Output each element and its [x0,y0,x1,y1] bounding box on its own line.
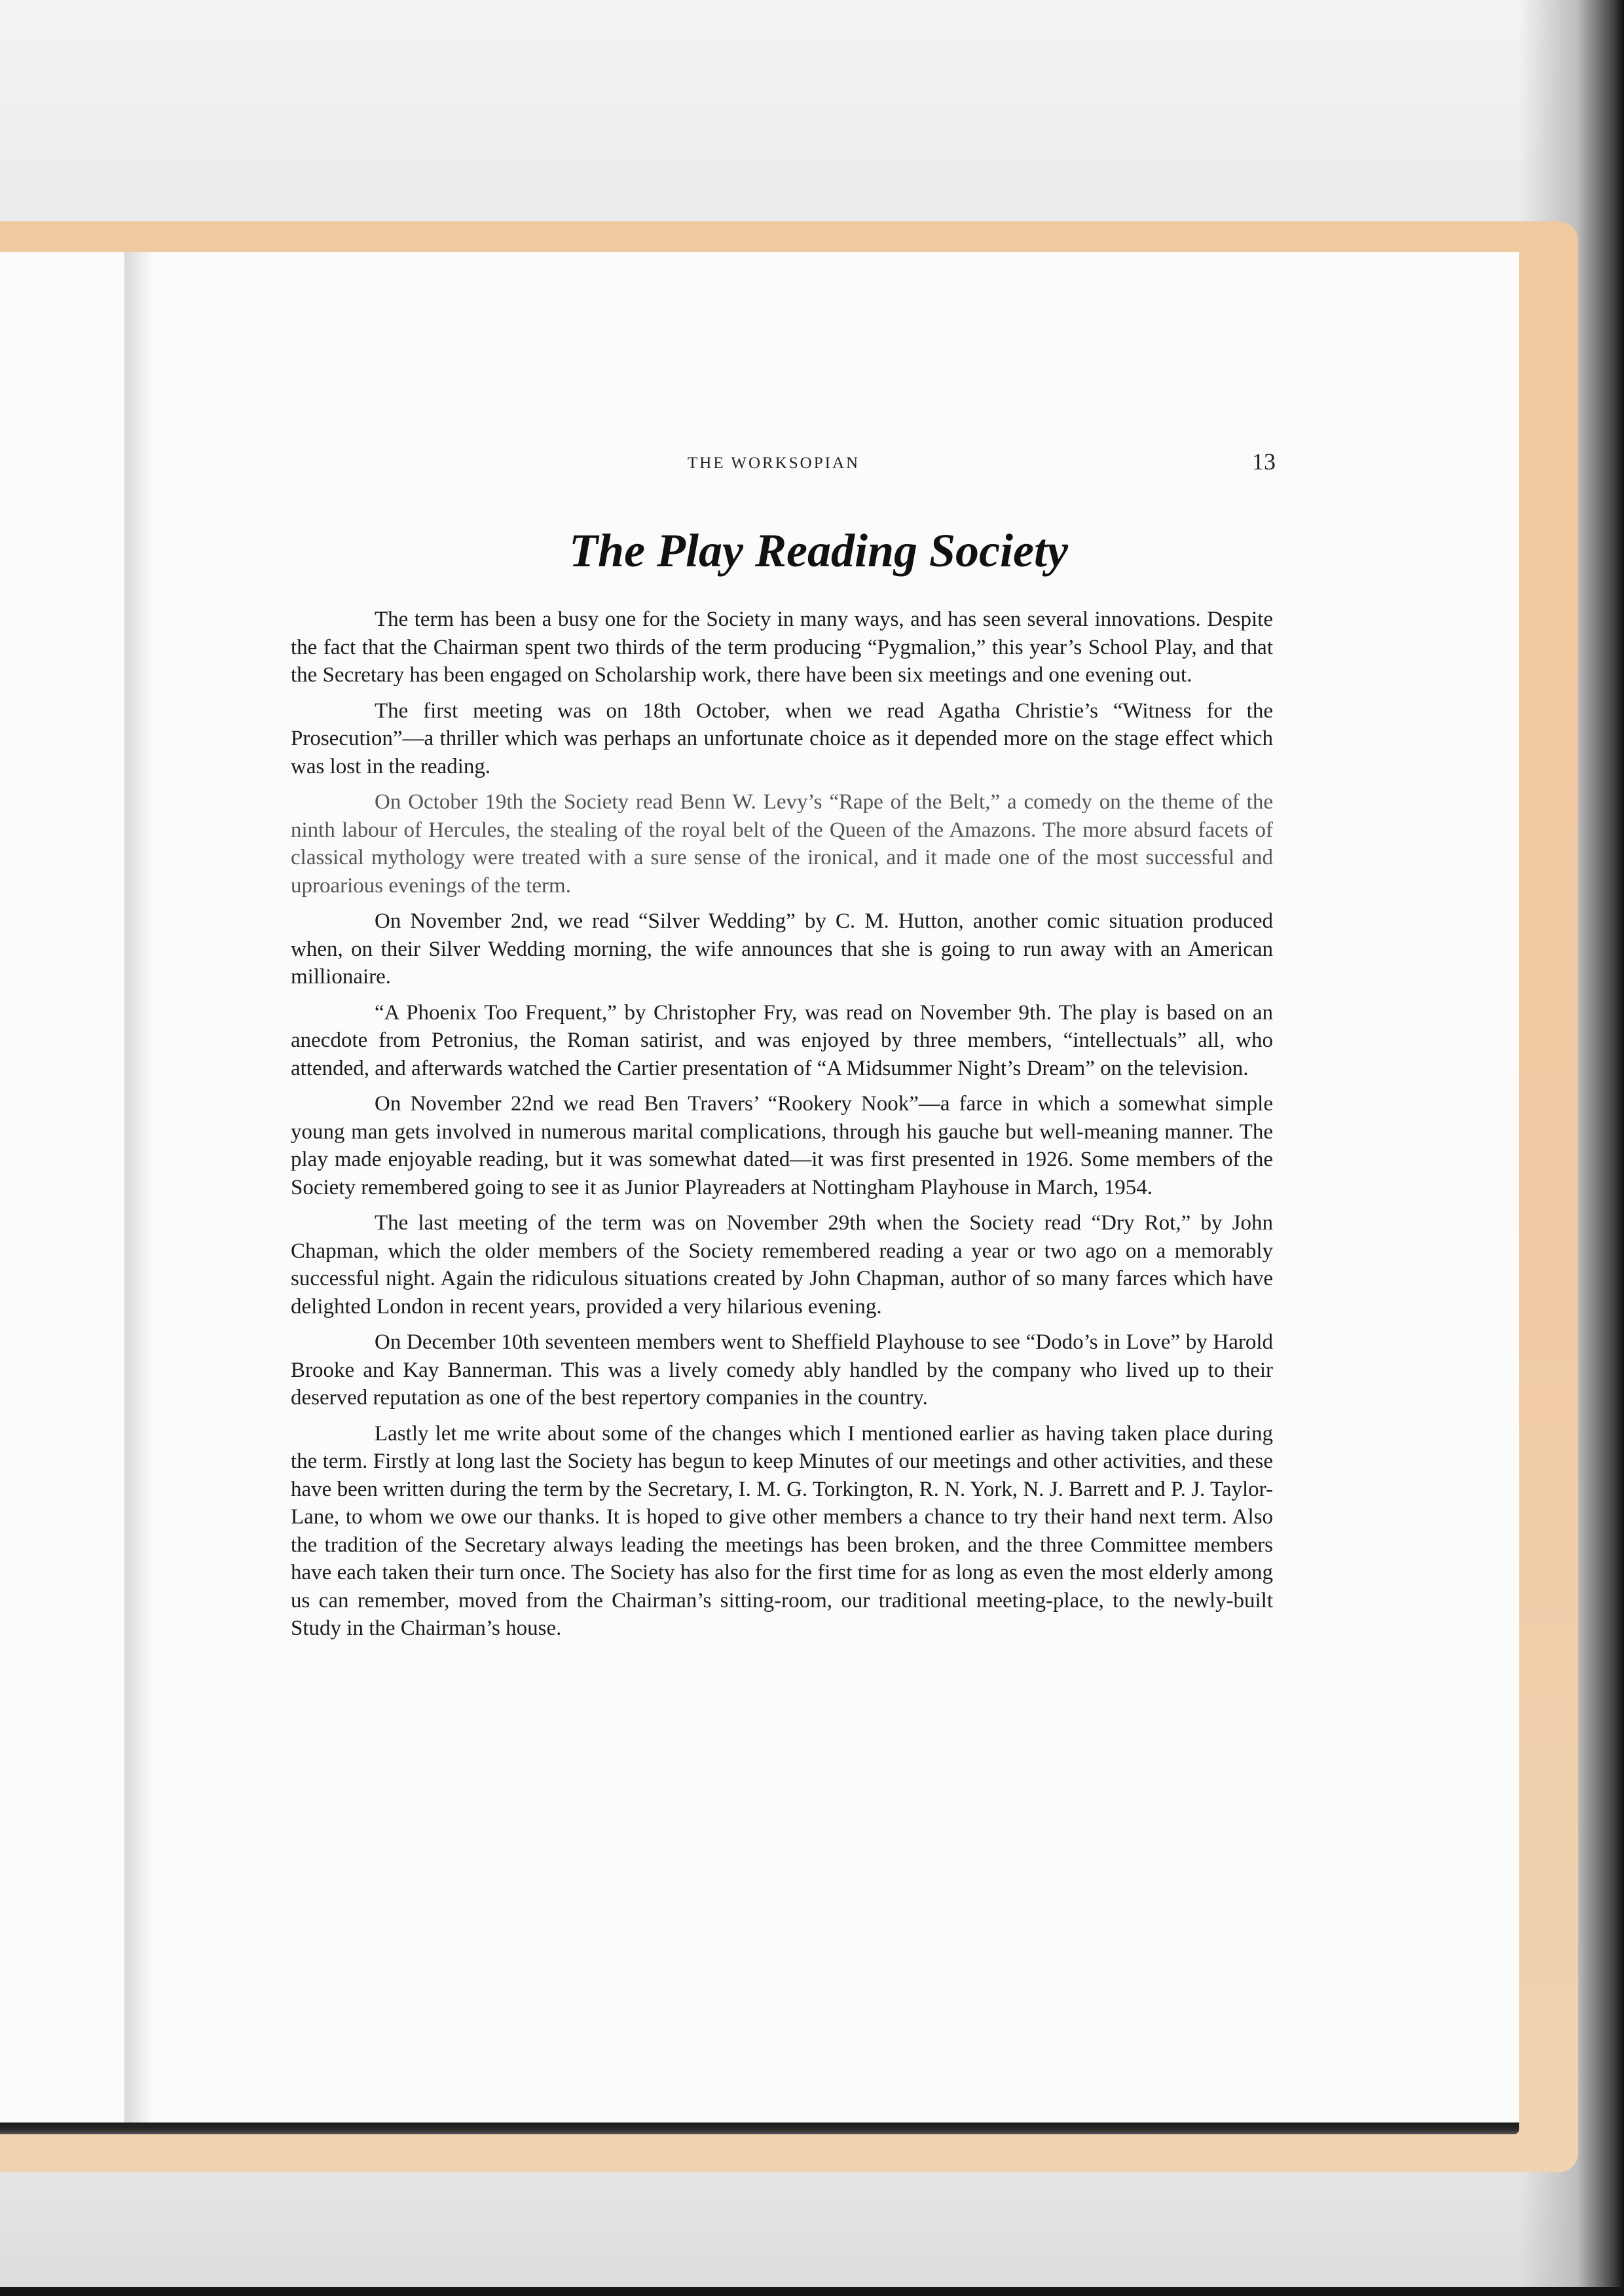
page-number: 13 [1252,448,1276,475]
article-body: The term has been a busy one for the Soc… [291,606,1273,1650]
paragraph-dodos-in-love: On December 10th seventeen members went … [291,1328,1273,1412]
page-bottom-shadow [0,2123,1519,2134]
paragraph-dry-rot: The last meeting of the term was on Nove… [291,1209,1273,1321]
paragraph-rape-of-the-belt: On October 19th the Society read Benn W.… [291,788,1273,900]
paragraph-phoenix-too-frequent: “A Phoenix Too Frequent,” by Christopher… [291,999,1273,1083]
paragraph-silver-wedding: On November 2nd, we read “Silver Wedding… [291,907,1273,991]
paragraph-rookery-nook: On November 22nd we read Ben Travers’ “R… [291,1090,1273,1201]
paragraph-intro: The term has been a busy one for the Soc… [291,606,1273,689]
running-head: THE WORKSOPIAN [688,454,860,473]
article-title: The Play Reading Society [0,524,1624,578]
paragraph-witness-for-prosecution: The first meeting was on 18th October, w… [291,697,1273,781]
scanner-bottom-edge [0,2287,1624,2296]
paragraph-changes: Lastly let me write about some of the ch… [291,1420,1273,1643]
